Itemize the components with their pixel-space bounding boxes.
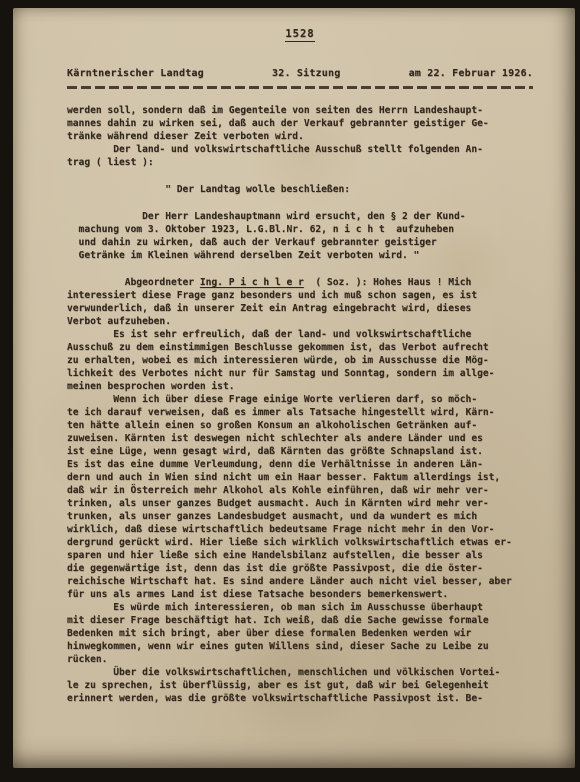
text-line: sparen und hier ließe sich eine Handelsb… — [67, 549, 533, 562]
text-line: Es würde mich interessieren, ob man sich… — [67, 601, 533, 614]
text-line: ist eine Lüge, wenn gesagt wird, daß Kär… — [67, 445, 533, 458]
text-line: und dahin zu wirken, daß auch der Verkau… — [67, 236, 533, 249]
text-line: hinwegkommen, wenn wir eines guten Wille… — [67, 640, 533, 653]
text-line: Es ist das eine dumme Verleumdung, denn … — [67, 458, 533, 471]
text-line: Abgeordneter Ing. P i c h l e r ( Soz. )… — [67, 276, 533, 289]
text-line: Es ist sehr erfreulich, daß der land- un… — [67, 328, 533, 341]
page-number-row: 1528 — [67, 22, 533, 41]
paragraph: Der Herr Landeshauptmann wird ersucht, d… — [67, 210, 533, 262]
text-line: rücken. — [67, 653, 533, 666]
page-number: 1528 — [285, 28, 314, 42]
paragraph: Es würde mich interessieren, ob man sich… — [67, 601, 533, 666]
text-line: Getränke im Kleinen während derselben Ze… — [67, 249, 533, 262]
text-line: dergrund gerückt wird. Hier ließe sich w… — [67, 536, 533, 549]
text-line: daß wir in Österreich mehr Alkohol als K… — [67, 484, 533, 497]
page-header: Kärntnerischer Landtag 32. Sitzung am 22… — [67, 68, 533, 79]
document-page: 1528 Kärntnerischer Landtag 32. Sitzung … — [13, 8, 575, 768]
text-line: Wenn ich über diese Frage einige Worte v… — [67, 393, 533, 406]
text-line: reichische Wirtschaft hat. Es sind ander… — [67, 575, 533, 588]
text-line: Der Herr Landeshauptmann wird ersucht, d… — [67, 210, 533, 223]
text-line: erinnert werden, was die größte volkswir… — [67, 692, 533, 705]
text-line: lichkeit des Verbotes nicht nur für Sams… — [67, 367, 533, 380]
paragraph: werden soll, sondern daß im Gegenteile v… — [67, 104, 533, 169]
text-line: mannes dahin zu wirken sei, daß auch der… — [67, 117, 533, 130]
text-line: trinken, als unser ganzes Budget ausmach… — [67, 497, 533, 510]
text-line: die gegenwärtige ist, denn das ist die g… — [67, 562, 533, 575]
page-content: 1528 Kärntnerischer Landtag 32. Sitzung … — [67, 22, 533, 705]
header-assembly-name: Kärntnerischer Landtag — [67, 68, 204, 79]
paragraph: " Der Landtag wolle beschließen: — [67, 183, 533, 196]
text-line: zuweisen. Kärnten ist deswegen nicht sch… — [67, 432, 533, 445]
text-line: interessiert diese Frage ganz besonders … — [67, 289, 533, 302]
header-session-number: 32. Sitzung — [272, 68, 340, 79]
text-line: " Der Landtag wolle beschließen: — [67, 183, 533, 196]
text-line: dern und auch in Wien sind nicht um ein … — [67, 471, 533, 484]
header-session-date: am 22. Februar 1926. — [409, 68, 533, 79]
text-line: trunken, als unser ganzes Landesbudget a… — [67, 510, 533, 523]
text-line: Ausschuß zu dem einstimmigen Beschlusse … — [67, 341, 533, 354]
text-line: meinen besprochen worden ist. — [67, 380, 533, 393]
paragraph: Es ist sehr erfreulich, daß der land- un… — [67, 328, 533, 393]
text-line: werden soll, sondern daß im Gegenteile v… — [67, 104, 533, 117]
text-line: Der land- und volkswirtschaftliche Aussc… — [67, 143, 533, 156]
paragraph: Wenn ich über diese Frage einige Worte v… — [67, 393, 533, 601]
text-line: verwunderlich, daß in unserer Zeit ein A… — [67, 302, 533, 315]
text-line: trag ( liest ): — [67, 156, 533, 169]
paragraph: Über die volkswirtschaftlichen, menschli… — [67, 666, 533, 705]
speaker-name-underlined: Ing. P i c h l e r — [200, 277, 304, 288]
text-line: Verbot aufzuheben. — [67, 315, 533, 328]
header-divider-rule — [67, 86, 533, 89]
text-line: le zu sprechen, ist überflüssig, aber es… — [67, 679, 533, 692]
text-line: Über die volkswirtschaftlichen, menschli… — [67, 666, 533, 679]
text-line: zu erhalten, wobei es mich interessieren… — [67, 354, 533, 367]
text-line: für uns als armes Land ist diese Tatsach… — [67, 588, 533, 601]
text-line: machung vom 3. Oktober 1923, L.G.Bl.Nr. … — [67, 223, 533, 236]
text-line: tränke während dieser Zeit verboten wird… — [67, 130, 533, 143]
paragraph: Abgeordneter Ing. P i c h l e r ( Soz. )… — [67, 276, 533, 328]
text-line: te ich darauf verweisen, daß es immer al… — [67, 406, 533, 419]
text-line: ten hätte allein einen so großen Konsum … — [67, 419, 533, 432]
text-line: wirklich, daß diese wirtschaftlich bedeu… — [67, 523, 533, 536]
text-line: mit dieser Frage beschäftigt hat. Ich we… — [67, 614, 533, 627]
scanned-page-background: 1528 Kärntnerischer Landtag 32. Sitzung … — [0, 0, 580, 782]
body-text: werden soll, sondern daß im Gegenteile v… — [67, 104, 533, 705]
text-line: Bedenken mit sich bringt, aber über dies… — [67, 627, 533, 640]
